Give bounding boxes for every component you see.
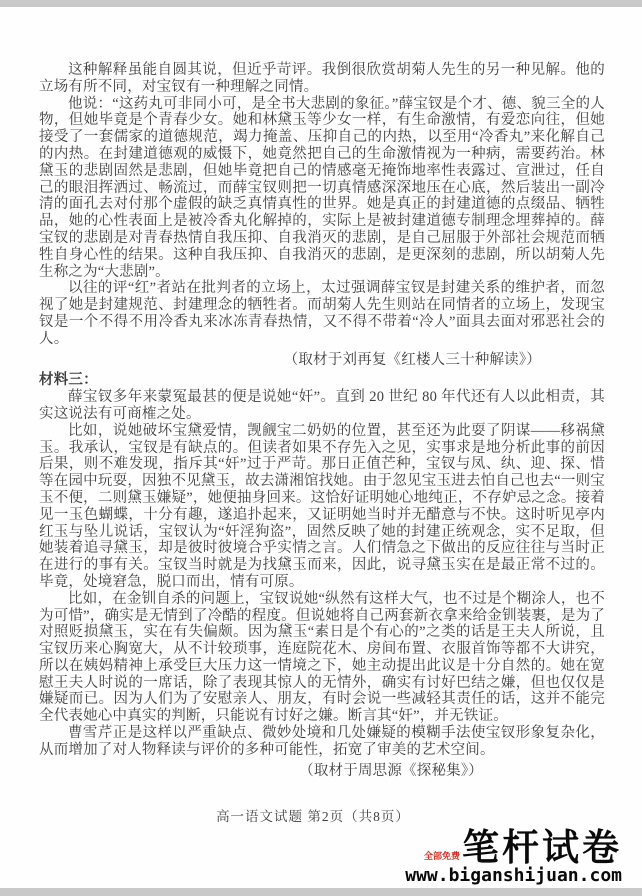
- material-heading: 材料三：: [39, 372, 605, 389]
- body-paragraph: 比如，说她破坏宝黛爱情，觊觎宝二奶奶的位置，甚至还为此耍了阴谋——移祸黛玉。我承…: [39, 423, 605, 591]
- watermark-url: www.biganshijuan.com: [405, 866, 622, 886]
- page-content: 这种解释虽能自圆其说，但近乎苛评。我倒很欣赏胡菊人先生的另一种见解。他的立场有所…: [39, 62, 605, 826]
- body-paragraph: 他说：“这药丸可非同小可，是全书大悲剧的象征。”薛宝钗是个才、德、貌三全的人物，…: [39, 96, 605, 281]
- page-footer: 高一语文试题 第2页（共8页）: [21, 809, 605, 826]
- body-paragraph: 这种解释虽能自圆其说，但近乎苛评。我倒很欣赏胡菊人先生的另一种见解。他的立场有所…: [39, 62, 605, 96]
- body-paragraph: 曹雪芹正是这样以严重缺点、微妙处境和几处嫌疑的模糊手法使宝钗形象复杂化，从而增加…: [39, 725, 605, 759]
- watermark-free-badge: 全部免费: [424, 852, 460, 861]
- scan-edge-bottom: [0, 888, 642, 896]
- body-paragraph: 比如，在金钏自杀的问题上，宝钗说她“纵然有这样大气，也不过是个糊涂人，也不为可惜…: [39, 591, 605, 725]
- watermark-row: 全部免费 笔杆试卷: [405, 829, 622, 866]
- body-paragraph: 薛宝钗多年来蒙冤最甚的便是说她“奸”。直到 20 世纪 80 年代还有人以此相责…: [39, 389, 605, 423]
- watermark: 全部免费 笔杆试卷 www.biganshijuan.com: [405, 829, 622, 886]
- exam-paper-page: 这种解释虽能自圆其说，但近乎苛评。我倒很欣赏胡菊人先生的另一种见解。他的立场有所…: [0, 0, 642, 896]
- watermark-brand: 笔杆试卷: [462, 829, 622, 866]
- scan-edge-top: [0, 0, 642, 7]
- source-attribution: （取材于周思源《探秘集》）: [39, 763, 605, 780]
- body-paragraph: 以往的评“红”者站在批判者的立场上，太过强调薛宝钗是封建关系的维护者，而忽视了她…: [39, 280, 605, 347]
- source-attribution: （取材于刘再复《红楼人三十种解读》）: [39, 352, 605, 369]
